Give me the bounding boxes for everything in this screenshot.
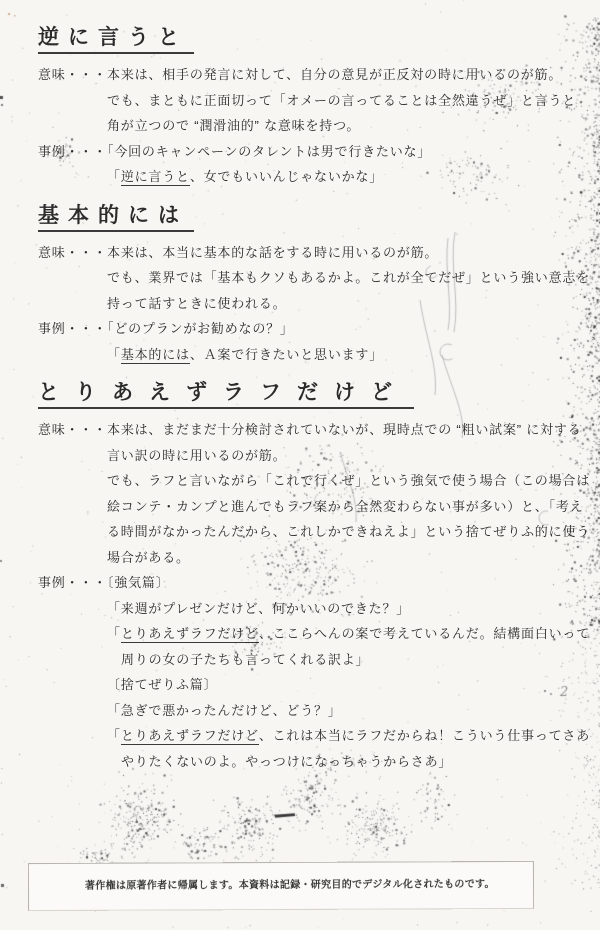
- text-line: 事例・・・「どのプランがお勧めなの？」: [38, 316, 590, 342]
- text-line: 意味・・・本来は、まだまだ十分検討されていないが、現時点での “粗い試案” に対…: [38, 417, 590, 443]
- text-line: でも、業界では「基本もクソもあるかよ。これが全てだぜ」という強い意志を: [38, 265, 590, 291]
- section-term-heading: 逆に言うと: [38, 26, 194, 54]
- text-segment: 周りの女の子たちも言ってくれる訳よ」: [121, 652, 369, 667]
- text-line: 言い訳の時に用いるのが筋。: [38, 443, 590, 469]
- text-segment: 角が立つので “潤滑油的” な意味を持つ。: [107, 118, 360, 133]
- text-segment: 本来は、まだまだ十分検討されていないが、現時点での “粗い試案” に対する: [107, 422, 581, 437]
- jargon-section: とりあえずラフだけど意味・・・本来は、まだまだ十分検討されていないが、現時点での…: [38, 381, 590, 774]
- text-segment: 、これは本当にラフだからね！こういう仕事ってさあ: [259, 728, 590, 743]
- text-segment: 「急ぎで悪かったんだけど、どう？」: [107, 703, 342, 718]
- section-term-heading: 基本的には: [38, 204, 194, 232]
- row-label: 意味・・・: [38, 67, 107, 82]
- text-segment: 「: [107, 347, 121, 362]
- text-segment: 言い訳の時に用いるのが筋。: [107, 448, 286, 463]
- text-segment: 本来は、相手の発言に対して、自分の意見が正反対の時に用いるのが筋。: [107, 67, 562, 82]
- copyright-footer: 著作権は原著作者に帰属します。本資料は記録・研究目的でデジタル化されたものです。: [28, 861, 534, 911]
- section-term-heading: とりあえずラフだけど: [38, 381, 414, 409]
- text-segment: でも、まともに正面切って「オメーの言ってることは全然違うぜ」と言うと: [107, 93, 576, 108]
- text-line: でも、ラフと言いながら「これで行くぜ」という強気で使う場合（この場合は: [38, 468, 590, 494]
- text-segment: 「どのプランがお勧めなの？」: [107, 321, 294, 336]
- row-label: 事例・・・: [38, 575, 107, 590]
- text-segment: 絵コンテ・カンプと進んでもラフ案から全然変わらない事が多い）と、「考え: [107, 499, 584, 514]
- text-line: やりたくないのよ。やっつけになっちゃうからさあ」: [38, 749, 590, 775]
- text-segment: 、ここらへんの案で考えているんだ。結構面白いって: [259, 626, 590, 641]
- scanned-document-page: 逆に言うと意味・・・本来は、相手の発言に対して、自分の意見が正反対の時に用いるの…: [0, 0, 600, 930]
- row-label: 意味・・・: [38, 245, 107, 260]
- text-line: 「逆に言うと、女でもいいんじゃないかな」: [38, 164, 590, 190]
- text-segment: 〔強気篇〕: [107, 575, 170, 590]
- text-segment: 「: [107, 169, 121, 184]
- underlined-phrase: とりあえずラフだけど: [121, 626, 259, 643]
- text-segment: 「: [107, 728, 121, 743]
- text-segment: 「来週がプレゼンだけど、何かいいのできた？」: [107, 601, 410, 616]
- text-segment: 、Ａ案で行きたいと思います」: [190, 347, 383, 362]
- row-label: 意味・・・: [38, 422, 107, 437]
- text-segment: 「: [107, 626, 121, 641]
- underlined-phrase: とりあえずラフだけど: [121, 728, 259, 745]
- text-line: 絵コンテ・カンプと進んでもラフ案から全然変わらない事が多い）と、「考え: [38, 494, 590, 520]
- text-line: 意味・・・本来は、相手の発言に対して、自分の意見が正反対の時に用いるのが筋。: [38, 62, 590, 88]
- text-segment: 場合がある。: [107, 550, 190, 565]
- text-line: 持って話すときに使われる。: [38, 291, 590, 317]
- text-line: 「とりあえずラフだけど、これは本当にラフだからね！こういう仕事ってさあ: [38, 723, 590, 749]
- copyright-text: 著作権は原著作者に帰属します。本資料は記録・研究目的でデジタル化されたものです。: [29, 862, 533, 892]
- underlined-phrase: 基本的には: [121, 347, 190, 364]
- text-segment: でも、ラフと言いながら「これで行くぜ」という強気で使う場合（この場合は: [107, 473, 590, 488]
- text-line: でも、まともに正面切って「オメーの言ってることは全然違うぜ」と言うと: [38, 88, 590, 114]
- jargon-section: 逆に言うと意味・・・本来は、相手の発言に対して、自分の意見が正反対の時に用いるの…: [38, 26, 590, 190]
- jargon-section: 基本的には意味・・・本来は、本当に基本的な話をする時に用いるのが筋。でも、業界で…: [38, 204, 590, 368]
- text-segment: でも、業界では「基本もクソもあるかよ。これが全てだぜ」という強い意志を: [107, 270, 590, 285]
- text-line: 意味・・・本来は、本当に基本的な話をする時に用いるのが筋。: [38, 240, 590, 266]
- text-line: 場合がある。: [38, 545, 590, 571]
- document-content: 逆に言うと意味・・・本来は、相手の発言に対して、自分の意見が正反対の時に用いるの…: [38, 26, 590, 788]
- text-segment: 持って話すときに使われる。: [107, 296, 286, 311]
- text-line: 「とりあえずラフだけど、ここらへんの案で考えているんだ。結構面白いって: [38, 621, 590, 647]
- text-line: 事例・・・〔強気篇〕: [38, 570, 590, 596]
- underlined-phrase: 逆に言うと: [121, 169, 190, 186]
- row-label: 事例・・・: [38, 144, 107, 159]
- text-line: 事例・・・「今回のキャンペーンのタレントは男で行きたいな」: [38, 139, 590, 165]
- text-line: 角が立つので “潤滑油的” な意味を持つ。: [38, 113, 590, 139]
- text-line: る時間がなかったんだから、これしかできねえよ」という捨てぜりふ的に使う: [38, 519, 590, 545]
- text-segment: やりたくないのよ。やっつけになっちゃうからさあ」: [121, 754, 452, 769]
- text-segment: る時間がなかったんだから、これしかできねえよ」という捨てぜりふ的に使う: [107, 524, 590, 539]
- text-line: 〔捨てぜりふ篇〕: [38, 672, 590, 698]
- text-line: 「急ぎで悪かったんだけど、どう？」: [38, 698, 590, 724]
- text-segment: 〔捨てぜりふ篇〕: [107, 677, 217, 692]
- text-segment: 、女でもいいんじゃないかな」: [190, 169, 383, 184]
- text-line: 周りの女の子たちも言ってくれる訳よ」: [38, 647, 590, 673]
- text-segment: 本来は、本当に基本的な話をする時に用いるのが筋。: [107, 245, 438, 260]
- text-line: 「来週がプレゼンだけど、何かいいのできた？」: [38, 596, 590, 622]
- text-segment: 「今回のキャンペーンのタレントは男で行きたいな」: [107, 144, 431, 159]
- text-line: 「基本的には、Ａ案で行きたいと思います」: [38, 342, 590, 368]
- row-label: 事例・・・: [38, 321, 107, 336]
